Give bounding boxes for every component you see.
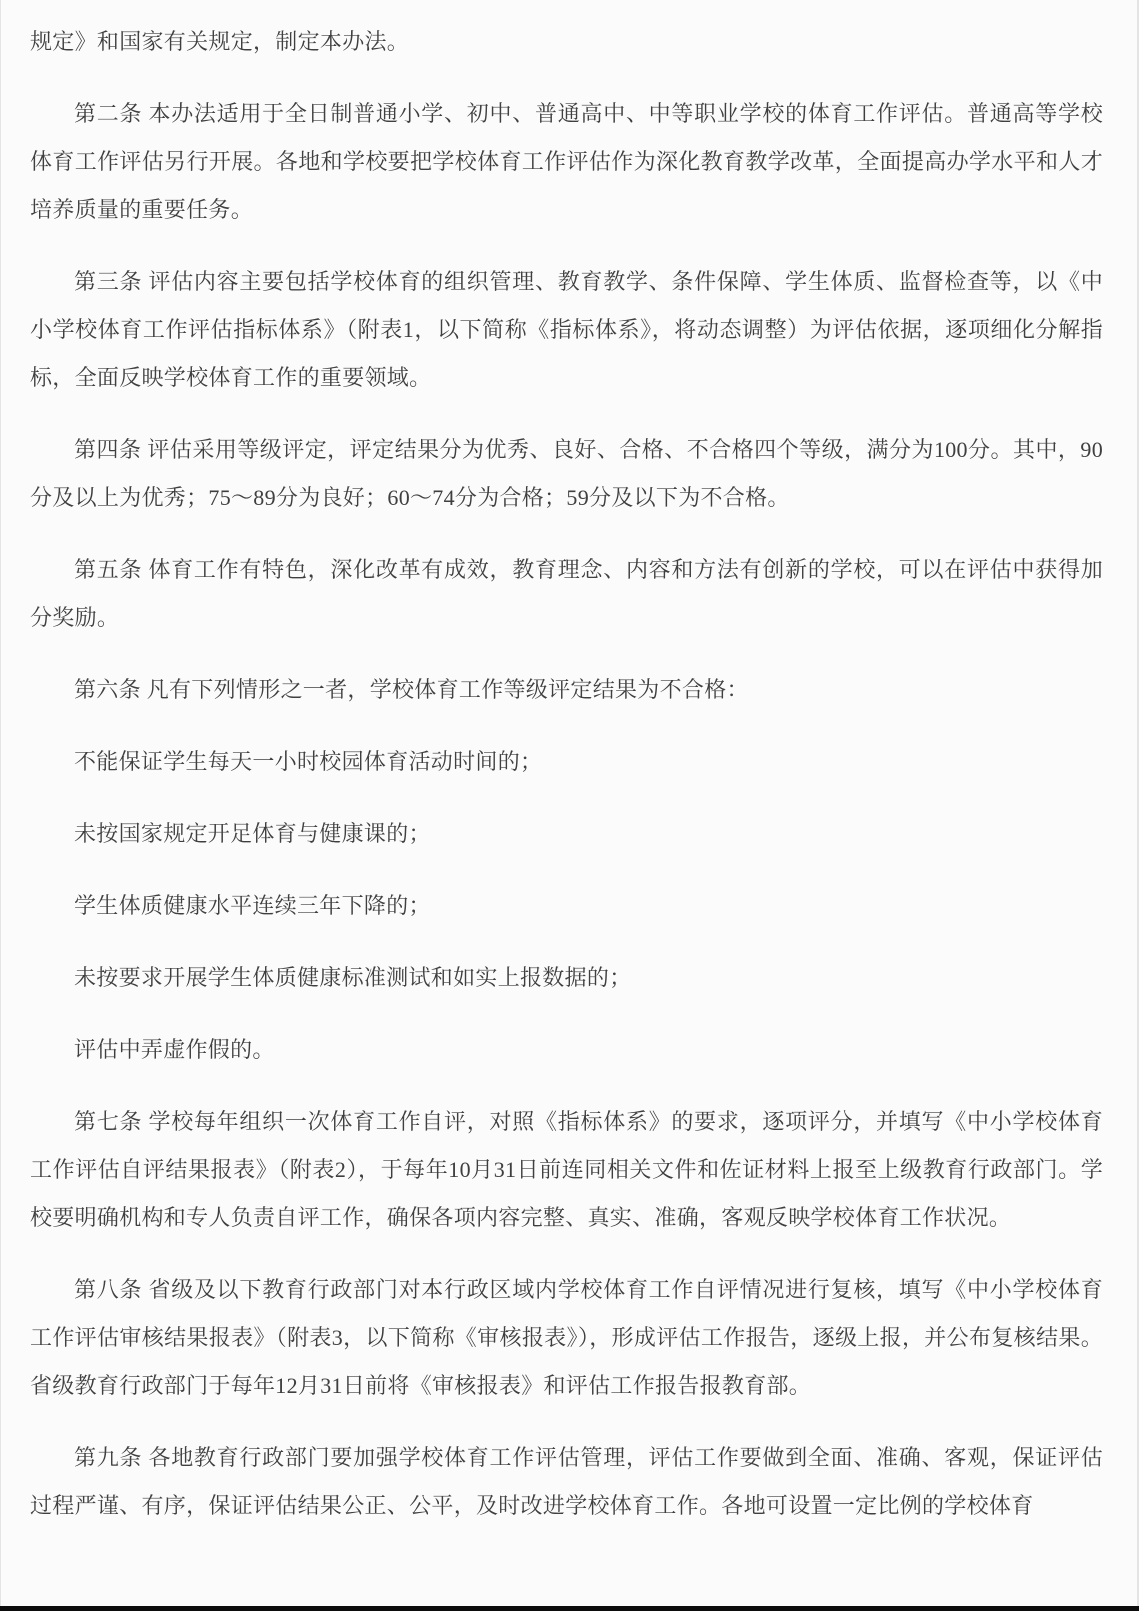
paragraph: 评估中弄虚作假的。 [30, 1026, 1103, 1074]
paragraph: 第二条 本办法适用于全日制普通小学、初中、普通高中、中等职业学校的体育工作评估。… [30, 90, 1103, 234]
paragraph: 第四条 评估采用等级评定，评定结果分为优秀、良好、合格、不合格四个等级，满分为1… [30, 426, 1103, 522]
paragraph: 第九条 各地教育行政部门要加强学校体育工作评估管理，评估工作要做到全面、准确、客… [30, 1434, 1103, 1530]
paragraph: 第八条 省级及以下教育行政部门对本行政区域内学校体育工作自评情况进行复核，填写《… [30, 1266, 1103, 1410]
document-body: 规定》和国家有关规定，制定本办法。第二条 本办法适用于全日制普通小学、初中、普通… [30, 18, 1103, 1530]
paragraph: 第三条 评估内容主要包括学校体育的组织管理、教育教学、条件保障、学生体质、监督检… [30, 258, 1103, 402]
window-bottom-edge [0, 1606, 1139, 1611]
paragraph: 未按要求开展学生体质健康标准测试和如实上报数据的； [30, 954, 1103, 1002]
paragraph: 规定》和国家有关规定，制定本办法。 [30, 18, 1103, 66]
paragraph: 第五条 体育工作有特色，深化改革有成效，教育理念、内容和方法有创新的学校，可以在… [30, 546, 1103, 642]
paragraph: 第六条 凡有下列情形之一者，学校体育工作等级评定结果为不合格： [30, 666, 1103, 714]
paragraph: 不能保证学生每天一小时校园体育活动时间的； [30, 738, 1103, 786]
paragraph: 学生体质健康水平连续三年下降的； [30, 882, 1103, 930]
paragraph: 未按国家规定开足体育与健康课的； [30, 810, 1103, 858]
page-left-edge [0, 0, 1, 1611]
document-page: 规定》和国家有关规定，制定本办法。第二条 本办法适用于全日制普通小学、初中、普通… [0, 0, 1139, 1611]
paragraph: 第七条 学校每年组织一次体育工作自评，对照《指标体系》的要求，逐项评分，并填写《… [30, 1098, 1103, 1242]
